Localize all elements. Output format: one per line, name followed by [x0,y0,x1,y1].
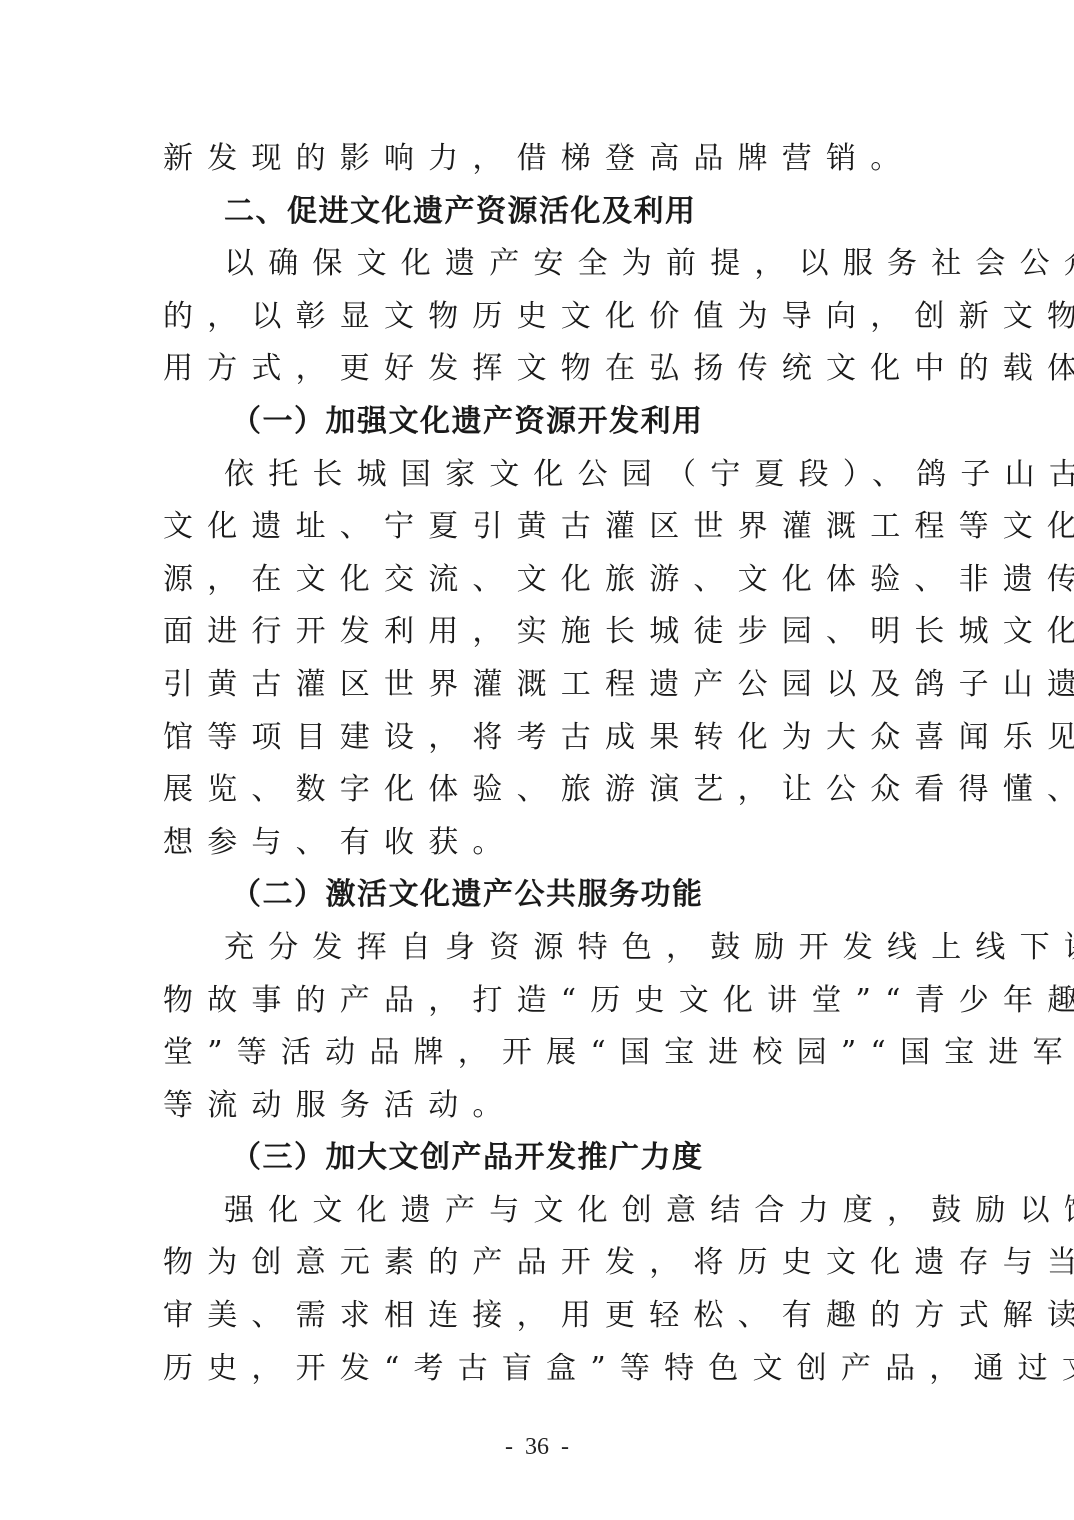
body-line: 馆等项目建设，将考古成果转化为大众喜闻乐见的陈列 [163,712,915,765]
paragraph-first-line: 依托长城国家文化公园（宁夏段）、鸽子山古人类 [163,449,915,502]
body-line: 想参与、有收获。 [163,817,915,870]
body-line: 等流动服务活动。 [163,1080,915,1133]
body-line: 展览、数字化体验、旅游演艺，让公众看得懂、感兴趣、 [163,764,915,817]
body-line: 文化遗址、宁夏引黄古灌区世界灌溉工程等文化遗产资 [163,501,915,554]
body-line: 堂”等活动品牌，开展“国宝进校园”“国宝进军营” [163,1027,915,1080]
body-line: 源，在文化交流、文化旅游、文化体验、非遗传承等方 [163,554,915,607]
body-line: 历史，开发“考古盲盒”等特色文创产品，通过文创产 [163,1343,915,1396]
body-line: 物为创意元素的产品开发，将历史文化遗存与当代生活、 [163,1237,915,1290]
paragraph-first-line: 充分发挥自身资源特色，鼓励开发线上线下讲好文 [163,922,915,975]
paragraph-first-line: 以确保文化遗产安全为前提，以服务社会公众为目 [163,238,915,291]
body-line: 面进行开发利用，实施长城徒步园、明长城文化展示园、 [163,606,915,659]
page-number: - 36 - [0,1434,1074,1461]
paragraph-first-line: 强化文化遗产与文化创意结合力度，鼓励以馆藏文 [163,1185,915,1238]
subsection-heading: （一）加强文化遗产资源开发利用 [163,396,915,449]
body-line: 新发现的影响力，借梯登高品牌营销。 [163,133,915,186]
document-page: 新发现的影响力，借梯登高品牌营销。 二、促进文化遗产资源活化及利用 以确保文化遗… [163,133,915,1395]
section-heading: 二、促进文化遗产资源活化及利用 [163,186,915,239]
subsection-heading: （二）激活文化遗产公共服务功能 [163,869,915,922]
body-line: 用方式，更好发挥文物在弘扬传统文化中的载体作用。 [163,343,915,396]
subsection-heading: （三）加大文创产品开发推广力度 [163,1132,915,1185]
body-line: 审美、需求相连接，用更轻松、有趣的方式解读文物和 [163,1290,915,1343]
body-line: 的，以彰显文物历史文化价值为导向，创新文物活化利 [163,291,915,344]
body-line: 引黄古灌区世界灌溉工程遗产公园以及鸽子山遗址博物 [163,659,915,712]
body-line: 物故事的产品，打造“历史文化讲堂”“青少年趣味课 [163,975,915,1028]
